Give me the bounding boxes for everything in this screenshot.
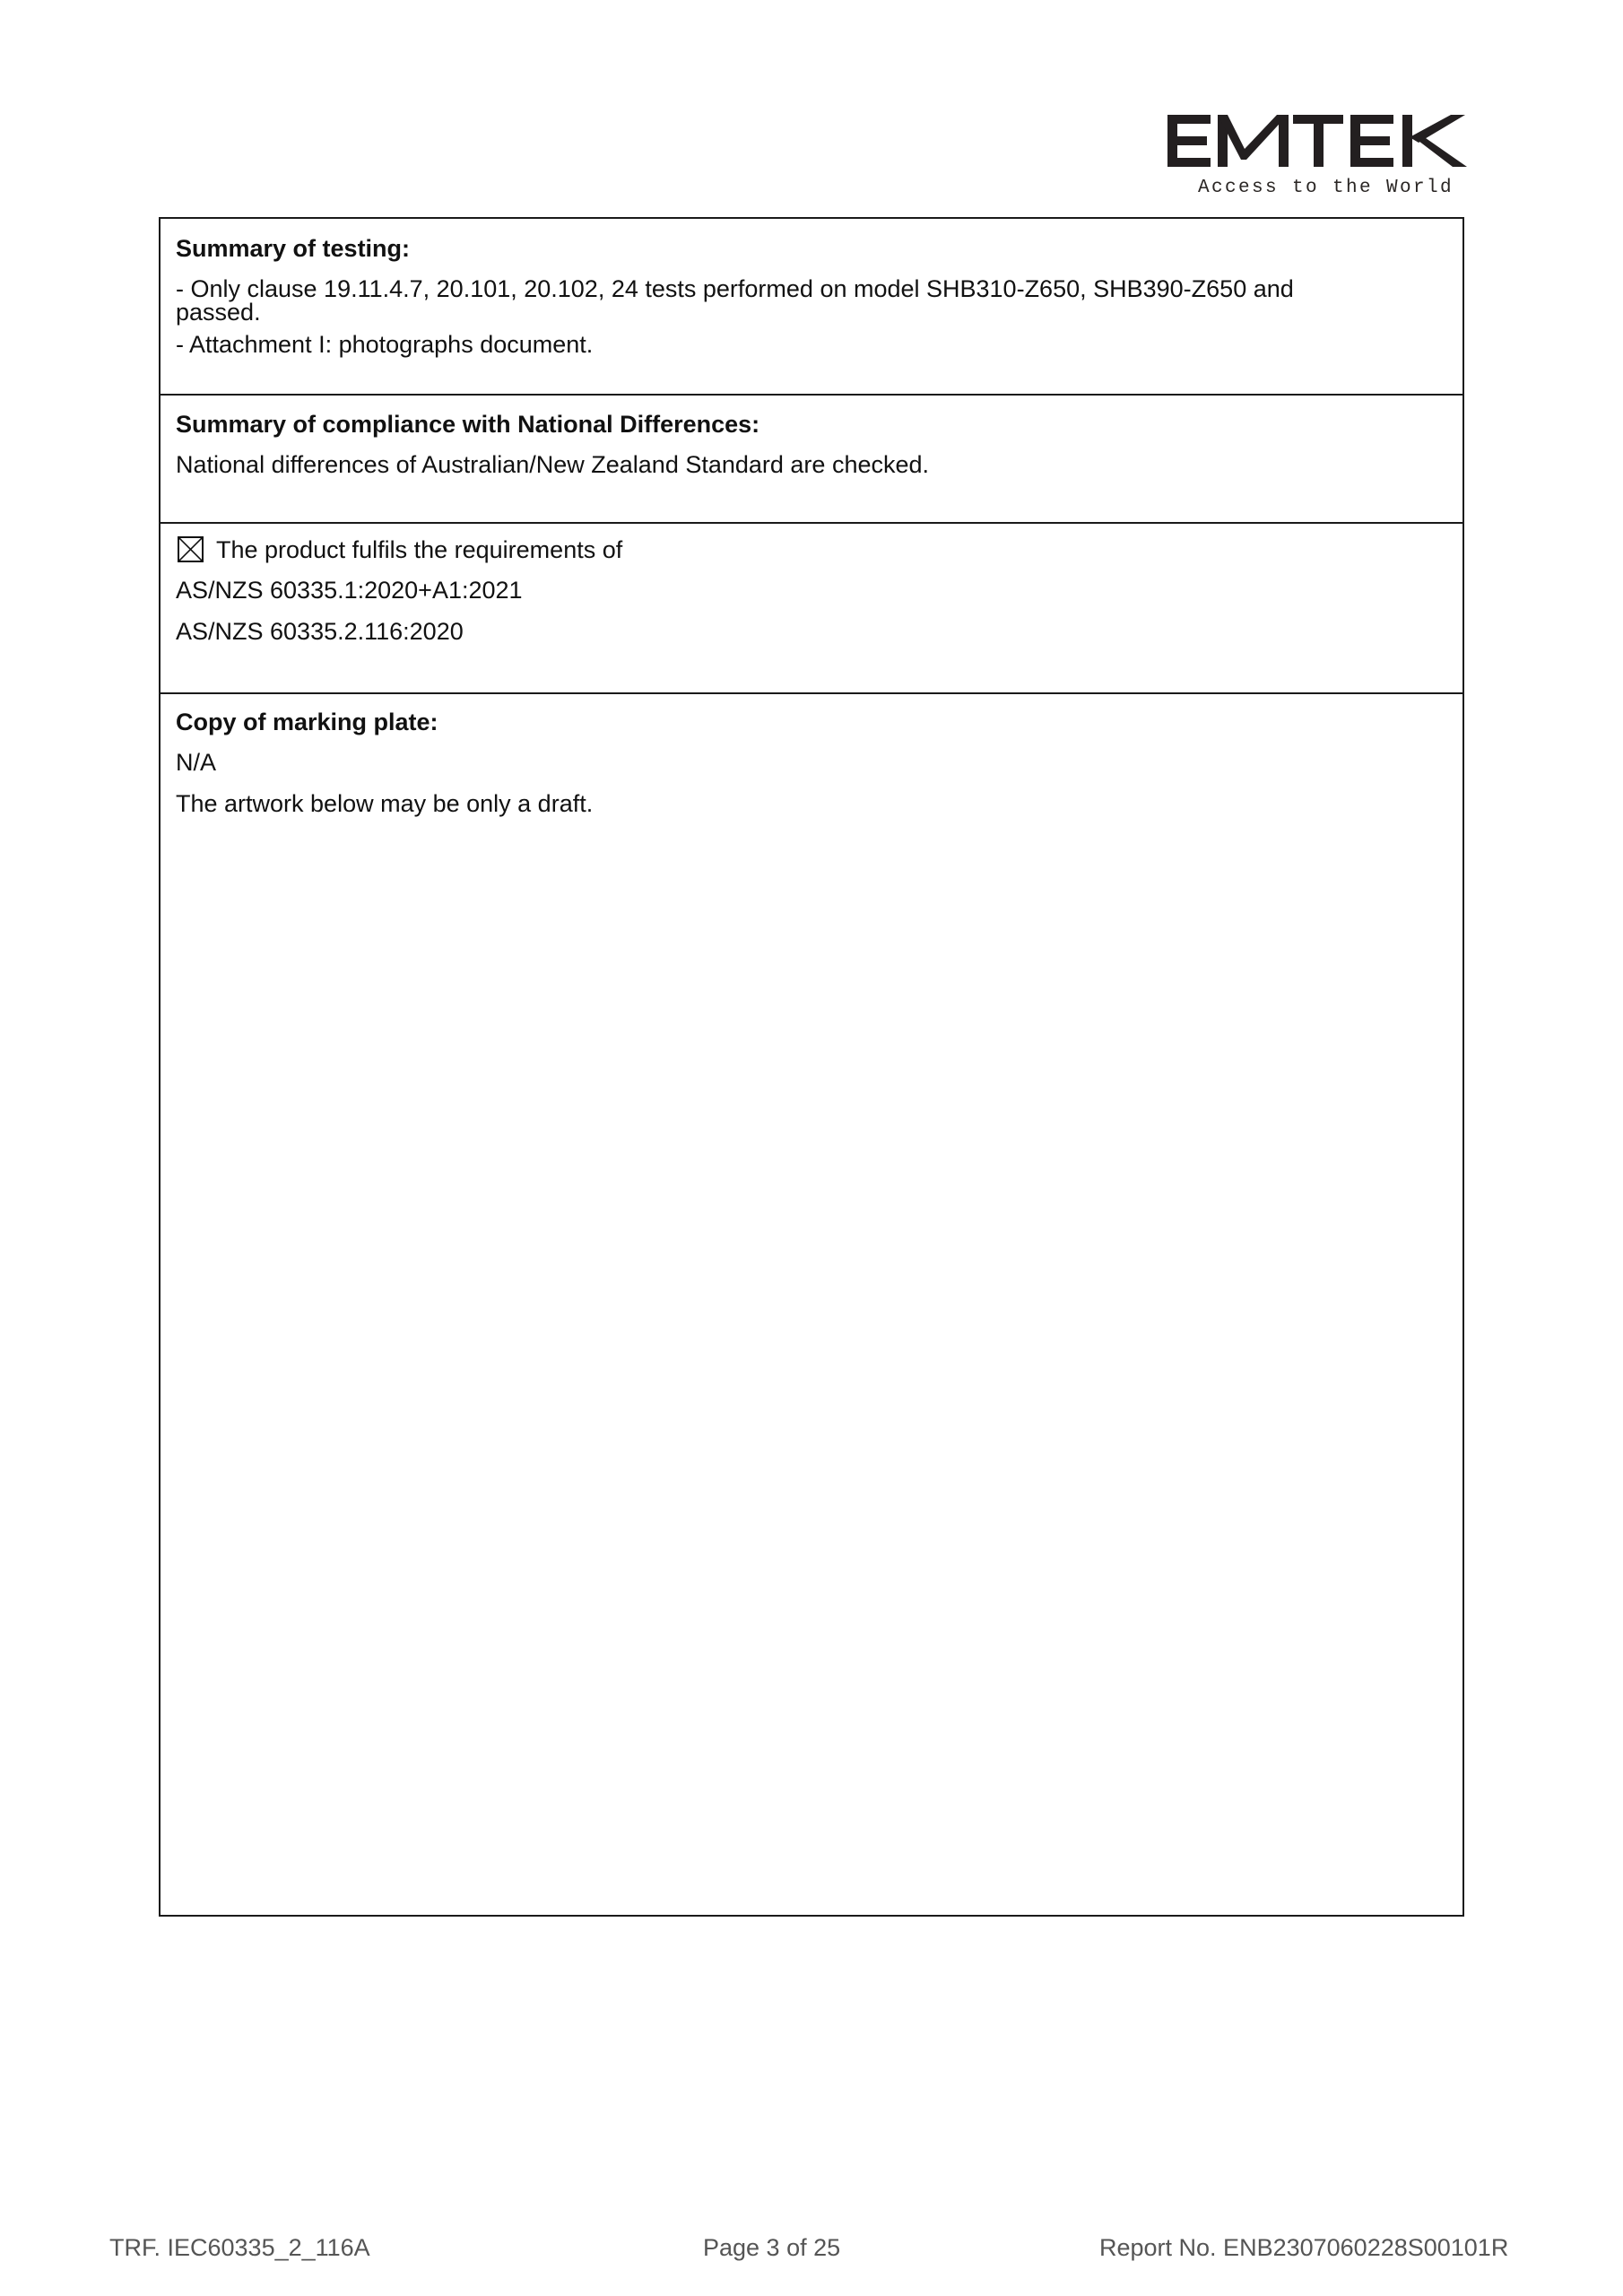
- standard-item: AS/NZS 60335.1:2020+A1:2021: [176, 576, 523, 604]
- testing-line: - Attachment I: photographs document.: [176, 330, 593, 359]
- national-differences-section: Summary of compliance with National Diff…: [161, 394, 1462, 522]
- marking-plate-note: The artwork below may be only a draft.: [176, 789, 593, 818]
- checked-cross-icon: [179, 538, 202, 561]
- fulfilment-section: The product fulfils the requirements of …: [161, 522, 1462, 692]
- section-heading: Summary of testing:: [176, 234, 410, 263]
- section-heading: Summary of compliance with National Diff…: [176, 410, 759, 439]
- summary-of-testing-section: Summary of testing: - Only clause 19.11.…: [161, 219, 1462, 394]
- section-heading: Copy of marking plate:: [176, 708, 438, 736]
- footer-page-number: Page 3 of 25: [703, 2233, 840, 2262]
- report-summary-table: Summary of testing: - Only clause 19.11.…: [159, 217, 1464, 1917]
- testing-line: passed.: [176, 298, 261, 326]
- emtek-logo-mark: [1167, 113, 1467, 169]
- testing-line: - Only clause 19.11.4.7, 20.101, 20.102,…: [176, 274, 1294, 303]
- fulfilment-statement: The product fulfils the requirements of: [216, 535, 622, 564]
- fulfilment-checkbox[interactable]: [178, 536, 204, 562]
- footer-report-number: Report No. ENB2307060228S00101R: [1099, 2233, 1508, 2262]
- standard-item: AS/NZS 60335.2.116:2020: [176, 617, 464, 646]
- logo-tagline: Access to the World: [1198, 178, 1440, 198]
- footer-form-id: TRF. IEC60335_2_116A: [109, 2233, 370, 2262]
- marking-plate-value: N/A: [176, 748, 216, 777]
- national-differences-text: National differences of Australian/New Z…: [176, 450, 929, 479]
- marking-plate-section: Copy of marking plate: N/A The artwork b…: [161, 692, 1462, 1915]
